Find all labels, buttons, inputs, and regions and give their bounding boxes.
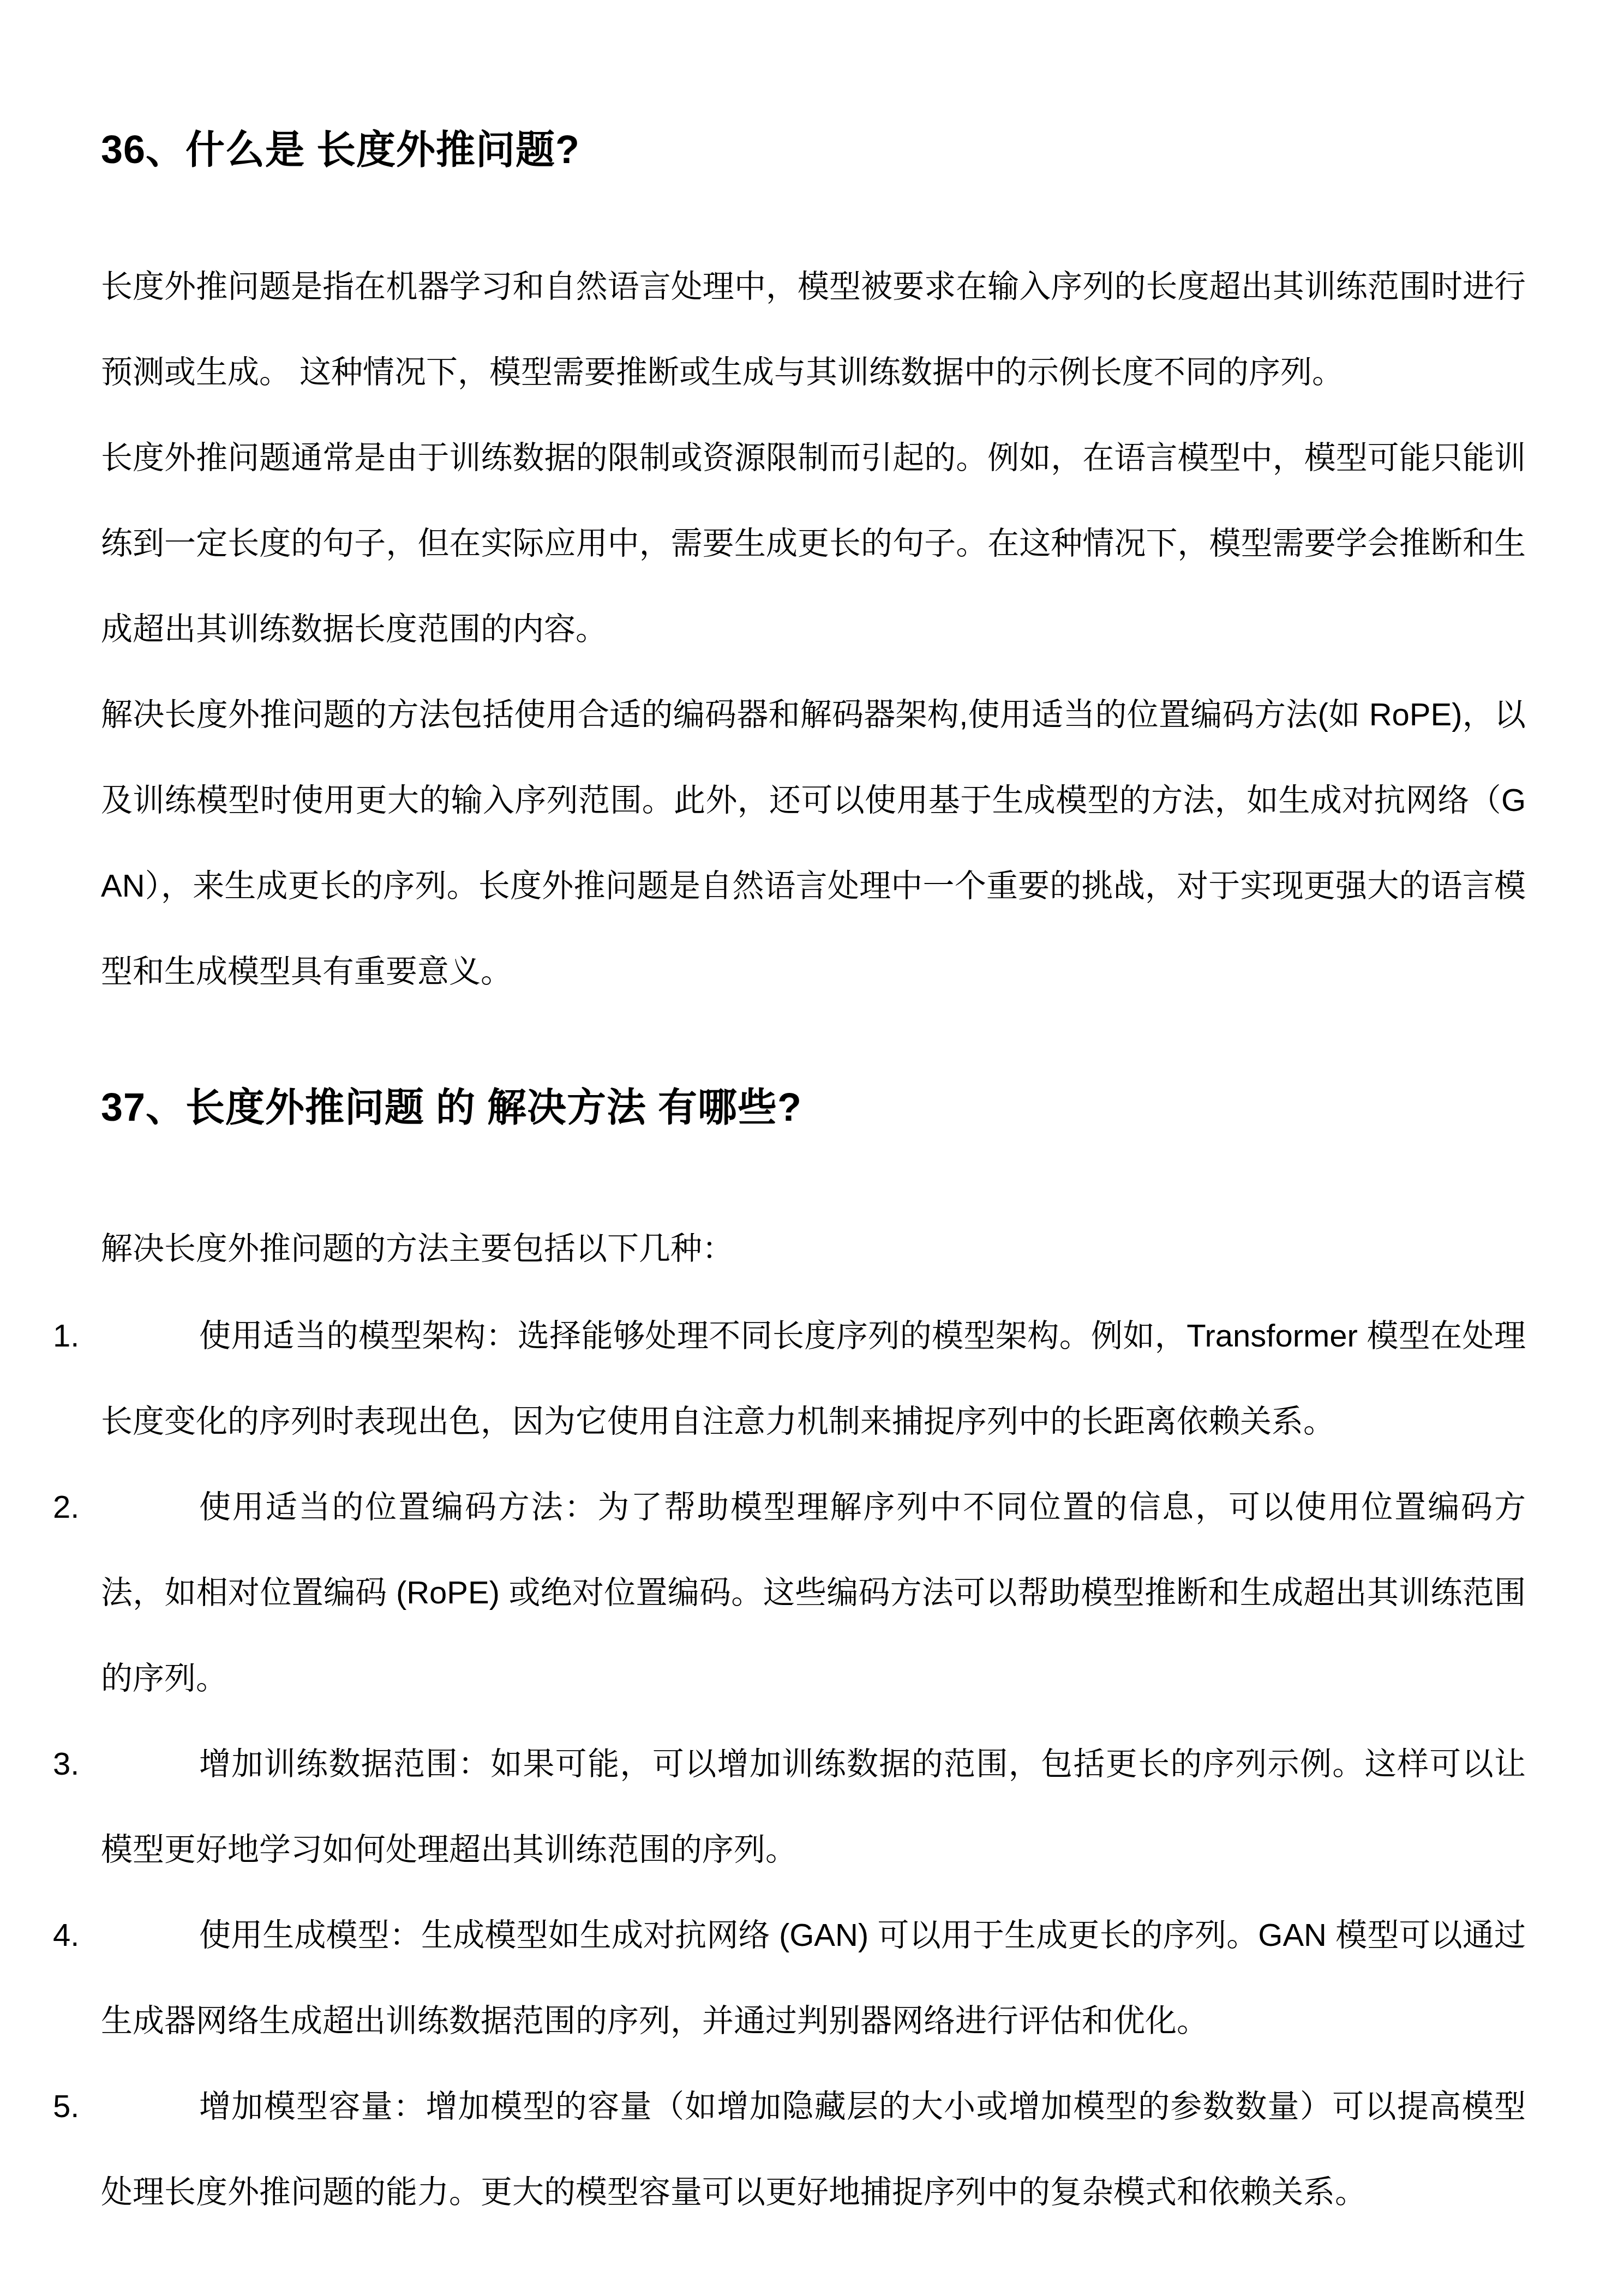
list-item-text: 增加训练数据范围：如果可能，可以增加训练数据的范围，包括更长的序列示例。这样可以… <box>101 1746 1526 1867</box>
question-36-paragraph-3: 解决长度外推问题的方法包括使用合适的编码器和解码器架构,使用适当的位置编码方法(… <box>101 672 1526 1014</box>
list-item-text: 使用适当的位置编码方法：为了帮助模型理解序列中不同位置的信息，可以使用位置编码方… <box>101 1489 1526 1696</box>
list-item: 2.使用适当的位置编码方法：为了帮助模型理解序列中不同位置的信息，可以使用位置编… <box>101 1464 1526 1721</box>
list-item-text: 使用生成模型：生成模型如生成对抗网络 (GAN) 可以用于生成更长的序列。GAN… <box>101 1918 1526 2039</box>
list-item-number: 2. <box>53 1464 97 1550</box>
question-37-heading: 37、长度外推问题 的 解决方法 有哪些? <box>101 1084 1526 1131</box>
list-item-text: 增加模型容量：增加模型的容量（如增加隐藏层的大小或增加模型的参数数量）可以提高模… <box>101 2089 1526 2210</box>
list-item-number: 5. <box>53 2064 97 2149</box>
list-item-text: 使用适当的模型架构：选择能够处理不同长度序列的模型架构。例如，Transform… <box>101 1318 1526 1439</box>
question-36-paragraph-1: 长度外推问题是指在机器学习和自然语言处理中，模型被要求在输入序列的长度超出其训练… <box>101 244 1526 415</box>
list-item: 1.使用适当的模型架构：选择能够处理不同长度序列的模型架构。例如，Transfo… <box>101 1293 1526 1464</box>
list-item: 5.增加模型容量：增加模型的容量（如增加隐藏层的大小或增加模型的参数数量）可以提… <box>101 2064 1526 2235</box>
question-36-heading: 36、什么是 长度外推问题? <box>101 127 1526 173</box>
question-36-paragraph-2: 长度外推问题通常是由于训练数据的限制或资源限制而引起的。例如，在语言模型中，模型… <box>101 415 1526 672</box>
list-item-number: 4. <box>53 1892 97 1978</box>
list-item-number: 1. <box>53 1293 97 1379</box>
question-37-intro: 解决长度外推问题的方法主要包括以下几种： <box>101 1206 1526 1291</box>
document-page: 36、什么是 长度外推问题? 长度外推问题是指在机器学习和自然语言处理中，模型被… <box>0 0 1624 2296</box>
solution-list: 1.使用适当的模型架构：选择能够处理不同长度序列的模型架构。例如，Transfo… <box>101 1293 1526 2235</box>
list-item: 4.使用生成模型：生成模型如生成对抗网络 (GAN) 可以用于生成更长的序列。G… <box>101 1892 1526 2064</box>
list-item-number: 3. <box>53 1721 97 1807</box>
list-item: 3.增加训练数据范围：如果可能，可以增加训练数据的范围，包括更长的序列示例。这样… <box>101 1721 1526 1892</box>
